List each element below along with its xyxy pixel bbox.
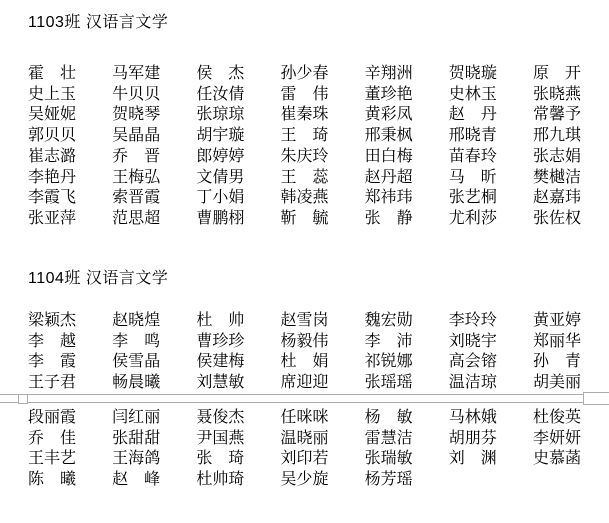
student-name: 吴晶晶 <box>112 127 160 144</box>
student-name: 刘渊 <box>449 450 497 467</box>
name-row: 吴娅妮贺晓琴张琼琼崔秦珠黄彩凤赵丹常馨予 <box>28 105 581 126</box>
student-name: 聂俊杰 <box>196 409 244 426</box>
student-name: 王梅弘 <box>112 169 160 186</box>
student-name: 胡宇璇 <box>196 127 244 144</box>
student-name: 崔秦珠 <box>280 106 328 123</box>
name-row: 李霞侯雪晶侯建梅杜娟祁锐娜高会镕孙青 <box>28 352 581 373</box>
student-name: 常馨予 <box>533 106 581 123</box>
student-name: 贺晓琴 <box>112 106 160 123</box>
student-name: 马军建 <box>112 65 160 82</box>
name-row: 陈曦赵峰杜帅琦吴少旋杨芳瑶 <box>28 469 581 490</box>
page-break-top-line <box>0 394 609 395</box>
student-name: 刘晓宇 <box>449 333 497 350</box>
student-name: 赵丹超 <box>365 169 413 186</box>
student-name: 张艺桐 <box>449 189 497 206</box>
name-grid-1103: 霍壮马军建侯杰孙少春辛翔洲贺晓璇原开史上玉牛贝贝任汝倩雷伟董珍艳史林玉张晓燕吴娅… <box>0 63 609 229</box>
student-name: 张琼琼 <box>196 106 244 123</box>
student-name: 梁颖杰 <box>28 312 76 329</box>
document-page: 1103班 汉语言文学 霍壮马军建侯杰孙少春辛翔洲贺晓璇原开史上玉牛贝贝任汝倩雷… <box>0 0 609 523</box>
student-name: 席迎迎 <box>280 374 328 391</box>
student-name: 王丰艺 <box>28 450 76 467</box>
student-name: 张晓燕 <box>533 86 581 103</box>
student-name: 邢九琪 <box>533 127 581 144</box>
student-name: 孙青 <box>533 353 581 370</box>
student-name: 索晋霞 <box>112 189 160 206</box>
student-name: 朱庆玲 <box>280 148 328 165</box>
student-name: 邢晓青 <box>449 127 497 144</box>
student-name: 吴少旋 <box>280 471 328 488</box>
student-name: 李玲玲 <box>449 312 497 329</box>
student-name: 尹国燕 <box>196 430 244 447</box>
student-name: 文倩男 <box>196 169 244 186</box>
student-name: 黄亚婷 <box>533 312 581 329</box>
student-name: 胡美丽 <box>533 374 581 391</box>
student-name: 赵雪岗 <box>280 312 328 329</box>
student-name: 韩凌燕 <box>280 189 328 206</box>
student-name: 邢秉枫 <box>365 127 413 144</box>
student-name: 胡朋芬 <box>449 430 497 447</box>
student-name: 郑祎玮 <box>365 189 413 206</box>
student-name: 樊樾洁 <box>533 169 581 186</box>
student-name: 高会镕 <box>449 353 497 370</box>
name-row: 李艳丹王梅弘文倩男王蕊赵丹超马昕樊樾洁 <box>28 167 581 188</box>
page-break-bottom-line <box>0 402 609 403</box>
name-row: 李霞飞索晋霞丁小娟韩凌燕郑祎玮张艺桐赵嘉玮 <box>28 188 581 209</box>
student-name: 乔佳 <box>28 430 76 447</box>
student-name: 赵峰 <box>112 471 160 488</box>
name-row: 乔佳张甜甜尹国燕温晓丽雷慧洁胡朋芬李妍妍 <box>28 428 581 449</box>
student-name: 李沛 <box>365 333 413 350</box>
student-name: 李霞 <box>28 353 76 370</box>
student-name: 李霞飞 <box>28 189 76 206</box>
student-name: 杨芳瑶 <box>365 471 413 488</box>
student-name: 田白梅 <box>365 148 413 165</box>
section-title-1104: 1104班 汉语言文学 <box>0 270 609 287</box>
student-name: 任汝倩 <box>196 86 244 103</box>
student-name: 闫红丽 <box>112 409 160 426</box>
student-name: 张亚萍 <box>28 210 76 227</box>
name-grid-1104-page2: 段丽霞闫红丽聂俊杰任咪咪杨敏马林娥杜俊英乔佳张甜甜尹国燕温晓丽雷慧洁胡朋芬李妍妍… <box>0 407 609 490</box>
student-name: 曹鹏栩 <box>196 210 244 227</box>
student-name: 张志娟 <box>533 148 581 165</box>
student-name: 曹珍珍 <box>196 333 244 350</box>
student-name: 杨敏 <box>365 409 413 426</box>
name-row: 段丽霞闫红丽聂俊杰任咪咪杨敏马林娥杜俊英 <box>28 407 581 428</box>
student-name: 雷伟 <box>280 86 328 103</box>
student-name: 黄彩凤 <box>365 106 413 123</box>
student-name: 董珍艳 <box>365 86 413 103</box>
student-name: 侯雪晶 <box>112 353 160 370</box>
student-name: 李越 <box>28 333 76 350</box>
student-name: 杜娟 <box>280 353 328 370</box>
student-name: 辛翔洲 <box>365 65 413 82</box>
student-name: 温晓丽 <box>280 430 328 447</box>
page-corner-right-icon <box>583 392 609 405</box>
student-name: 魏宏勋 <box>365 312 413 329</box>
student-name: 李妍妍 <box>533 430 581 447</box>
student-name: 史林玉 <box>449 86 497 103</box>
student-name: 李艳丹 <box>28 169 76 186</box>
student-name: 贺晓璇 <box>449 65 497 82</box>
name-row: 张亚萍范思超曹鹏栩靳毓张静尤利莎张佐权 <box>28 208 581 229</box>
student-name: 吴娅妮 <box>28 106 76 123</box>
student-name: 崔志潞 <box>28 148 76 165</box>
student-name: 范思超 <box>112 210 160 227</box>
student-name: 赵晓煌 <box>112 312 160 329</box>
name-row: 梁颖杰赵晓煌杜帅赵雪岗魏宏勋李玲玲黄亚婷 <box>28 310 581 331</box>
student-name: 王蕊 <box>280 169 328 186</box>
student-name: 赵丹 <box>449 106 497 123</box>
student-name: 杨毅伟 <box>280 333 328 350</box>
student-name: 张静 <box>365 210 413 227</box>
student-name: 郭贝贝 <box>28 127 76 144</box>
student-name: 原开 <box>533 65 581 82</box>
student-name: 任咪咪 <box>280 409 328 426</box>
name-row: 霍壮马军建侯杰孙少春辛翔洲贺晓璇原开 <box>28 63 581 84</box>
student-name: 靳毓 <box>280 210 328 227</box>
student-name: 祁锐娜 <box>365 353 413 370</box>
name-grid-1104-page1: 梁颖杰赵晓煌杜帅赵雪岗魏宏勋李玲玲黄亚婷李越李鸣曹珍珍杨毅伟李沛刘晓宇郑丽华李霞… <box>0 310 609 393</box>
student-name: 杜帅 <box>196 312 244 329</box>
student-name: 史上玉 <box>28 86 76 103</box>
student-name: 张甜甜 <box>112 430 160 447</box>
student-name: 赵嘉玮 <box>533 189 581 206</box>
name-row: 李越李鸣曹珍珍杨毅伟李沛刘晓宇郑丽华 <box>28 331 581 352</box>
student-name: 尤利莎 <box>449 210 497 227</box>
student-name: 李鸣 <box>112 333 160 350</box>
student-name: 苗春玲 <box>449 148 497 165</box>
student-name: 段丽霞 <box>28 409 76 426</box>
student-name: 丁小娟 <box>196 189 244 206</box>
student-name: 杜帅琦 <box>196 471 244 488</box>
name-row: 郭贝贝吴晶晶胡宇璇王琦邢秉枫邢晓青邢九琪 <box>28 125 581 146</box>
student-name: 张佐权 <box>533 210 581 227</box>
student-name: 畅晨曦 <box>112 374 160 391</box>
student-name: 侯杰 <box>196 65 244 82</box>
student-name: 陈曦 <box>28 471 76 488</box>
student-name: 马林娥 <box>449 409 497 426</box>
name-row: 崔志潞乔晋郎婷婷朱庆玲田白梅苗春玲张志娟 <box>28 146 581 167</box>
student-name: 孙少春 <box>280 65 328 82</box>
page-break-separator <box>0 393 609 404</box>
name-row: 王丰艺王海鸽张琦刘印若张瑞敏刘渊史慕菡 <box>28 449 581 470</box>
student-name: 霍壮 <box>28 65 76 82</box>
student-name: 侯建梅 <box>196 353 244 370</box>
student-name: 郑丽华 <box>533 333 581 350</box>
student-name: 杜俊英 <box>533 409 581 426</box>
student-name: 张瑞敏 <box>365 450 413 467</box>
student-name: 马昕 <box>449 169 497 186</box>
student-name: 王琦 <box>280 127 328 144</box>
section-title-1103: 1103班 汉语言文学 <box>0 14 609 31</box>
student-name: 乔晋 <box>112 148 160 165</box>
student-name: 张瑶瑶 <box>365 374 413 391</box>
name-row: 王子君畅晨曦刘慧敏席迎迎张瑶瑶温洁琼胡美丽 <box>28 372 581 393</box>
student-name: 雷慧洁 <box>365 430 413 447</box>
student-name: 王子君 <box>28 374 76 391</box>
student-name: 刘慧敏 <box>196 374 244 391</box>
student-name: 温洁琼 <box>449 374 497 391</box>
student-name: 刘印若 <box>280 450 328 467</box>
student-name: 郎婷婷 <box>196 148 244 165</box>
page-corner-left-icon <box>18 394 28 404</box>
student-name: 张琦 <box>196 450 244 467</box>
student-name: 牛贝贝 <box>112 86 160 103</box>
student-name: 王海鸽 <box>112 450 160 467</box>
name-row: 史上玉牛贝贝任汝倩雷伟董珍艳史林玉张晓燕 <box>28 84 581 105</box>
student-name: 史慕菡 <box>533 450 581 467</box>
